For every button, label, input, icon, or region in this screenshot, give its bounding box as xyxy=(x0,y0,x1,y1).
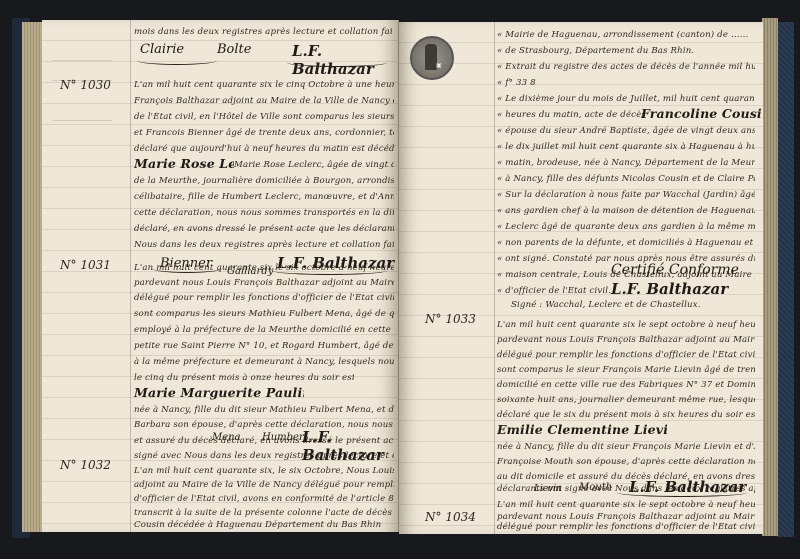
deceased-name: Marie Rose Leclerc xyxy=(134,156,234,171)
text-line: domicilié en cette ville rue des Fabriqu… xyxy=(497,380,755,390)
deceased-name: Marie Marguerite Pauline Mena xyxy=(134,385,304,400)
text-line: pardevant nous Louis François Balthazar … xyxy=(134,278,394,288)
text-line: délégué pour remplir les fonctions d'off… xyxy=(134,293,394,303)
text-line: le cinq du présent mois à onze heures du… xyxy=(134,373,354,383)
page-edges-right xyxy=(762,18,778,536)
entry-number: N° 1032 xyxy=(60,458,111,472)
text-line: « f° 33 8 xyxy=(497,78,755,88)
text-line: L'an mil huit cent quarante six le sept … xyxy=(497,500,755,510)
text-line: déclaré que aujourd'hui à neuf heures du… xyxy=(134,144,394,154)
text-line: à la même préfecture et demeurant à Nanc… xyxy=(134,357,394,367)
signature: Lievin xyxy=(534,484,562,494)
margin-rule xyxy=(130,20,131,532)
official-seal-stamp: ▣ xyxy=(410,36,454,80)
text-line: « Le dixième jour du mois de Juillet, mi… xyxy=(497,94,755,104)
text-line: L'an mil huit cent quarante six, le six … xyxy=(134,466,394,476)
text-line: sont comparus les sieurs Mathieu Fulbert… xyxy=(134,309,394,319)
text-line: délégué pour remplir les fonctions d'off… xyxy=(497,522,755,532)
text-line: « ans gardien chef à la maison de détent… xyxy=(497,206,755,216)
text-line: Marie Rose Leclerc, âgée de vingt deux a… xyxy=(234,160,394,170)
text-line: « le dix juillet mil huit cent quarante … xyxy=(497,142,755,152)
left-page: mois dans les deux registres après lectu… xyxy=(42,20,399,532)
text-line: « à Nancy, fille des défunts Nicolas Cou… xyxy=(497,174,755,184)
entry-number: N° 1030 xyxy=(60,78,111,92)
text-line: transcrit à la suite de la présente colo… xyxy=(134,508,394,518)
text-line: « de Strasbourg, Département du Bas Rhin… xyxy=(497,46,755,56)
text-line: née à Nancy, fille du dit sieur François… xyxy=(497,442,755,452)
text-line: pardevant nous Louis François Balthazar … xyxy=(497,335,755,345)
text-line: sont comparus le sieur François Marie Li… xyxy=(497,365,755,375)
text-line: et Francois Bienner âgé de trente deux a… xyxy=(134,128,394,138)
text-line: célibataire, fille de Humbert Leclerc, m… xyxy=(134,192,394,202)
text-line: mois dans les deux registres après lectu… xyxy=(134,27,392,37)
deceased-name: Francoline Cousin xyxy=(641,106,761,121)
text-line: d'officier de l'État civil, avons en con… xyxy=(134,494,394,504)
entry-number: N° 1034 xyxy=(425,510,476,524)
signature: Mouth xyxy=(579,482,612,493)
deceased-name: Emilie Clementine Lievin xyxy=(497,422,667,437)
text-line: pardevant nous Louis François Balthazar … xyxy=(497,512,755,522)
signature: Clairie xyxy=(140,42,184,57)
signature: Mena xyxy=(212,432,241,443)
text-line: Cousin décédée à Haguenau Département du… xyxy=(134,520,394,530)
signature: Humbert xyxy=(262,432,308,443)
entry-number: N° 1031 xyxy=(60,258,111,272)
text-line: employé à la préfecture de la Meurthe do… xyxy=(134,325,394,335)
book-cover-right xyxy=(776,22,794,537)
margin-rule xyxy=(494,22,495,534)
text-line: « Mairie de Haguenau, arrondissement (ca… xyxy=(497,30,755,40)
open-register-book: mois dans les deux registres après lectu… xyxy=(0,0,800,559)
text-line: « épouse du sieur André Baptiste, âgée d… xyxy=(497,126,755,136)
text-line: petite rue Saint Pierre N° 10, et Rogard… xyxy=(134,341,394,351)
text-line: Nous dans les deux registres après lectu… xyxy=(134,240,394,250)
text-line: « Extrait du registre des actes de décès… xyxy=(497,62,755,72)
text-line: François Balthazar adjoint au Maire de l… xyxy=(134,96,394,106)
text-line: L'an mil huit cent quarante six le cinq … xyxy=(134,80,394,90)
certification: Certifié Conforme xyxy=(611,262,739,278)
signature: L.F. Balthazar xyxy=(611,280,728,298)
text-line: de la Meurthe, journalière domiciliée à … xyxy=(134,176,394,186)
text-line: « Leclerc âgé de quarante deux ans gardi… xyxy=(497,222,755,232)
seal-mark: ▣ xyxy=(436,62,442,69)
text-line: de l'État civil, en l'Hôtel de Ville son… xyxy=(134,112,394,122)
right-page: « Mairie de Haguenau, arrondissement (ca… xyxy=(399,22,763,534)
text-line: « Sur la déclaration à nous faite par Wa… xyxy=(497,190,755,200)
signature: Bolte xyxy=(217,42,251,57)
text-line: déclaré que le six du présent mois à six… xyxy=(497,410,755,420)
entry-number: N° 1033 xyxy=(425,312,476,326)
text-line: soixante huit ans, journalier demeurant … xyxy=(497,395,755,405)
text-line: déclaré, en avons dressé le présent acte… xyxy=(134,224,394,234)
text-line: L'an mil huit cent quarante six le sept … xyxy=(497,320,755,330)
text-line: cette déclaration, nous nous sommes tran… xyxy=(134,208,394,218)
text-line: « non parents de la défunte, et domicili… xyxy=(497,238,755,248)
text-line: adjoint au Maire de la Ville de Nancy dé… xyxy=(134,480,394,490)
text-line: délégué pour remplir les fonctions d'off… xyxy=(497,350,755,360)
page-edges-left xyxy=(22,22,42,532)
text-line: « matin, brodeuse, née à Nancy, Départem… xyxy=(497,158,755,168)
text-line: Françoise Mouth son épouse, d'après cett… xyxy=(497,457,755,467)
text-line: L'an mil huit cent quarante six le six o… xyxy=(134,263,394,273)
text-line: Signé : Wacchal, Leclerc et de Chastellu… xyxy=(511,300,711,310)
text-line: « heures du matin, acte de décès de Fran… xyxy=(497,110,647,120)
signature: L.F. Balthazar xyxy=(302,428,398,464)
text-line: née à Nancy, fille du dit sieur Mathieu … xyxy=(134,405,394,415)
